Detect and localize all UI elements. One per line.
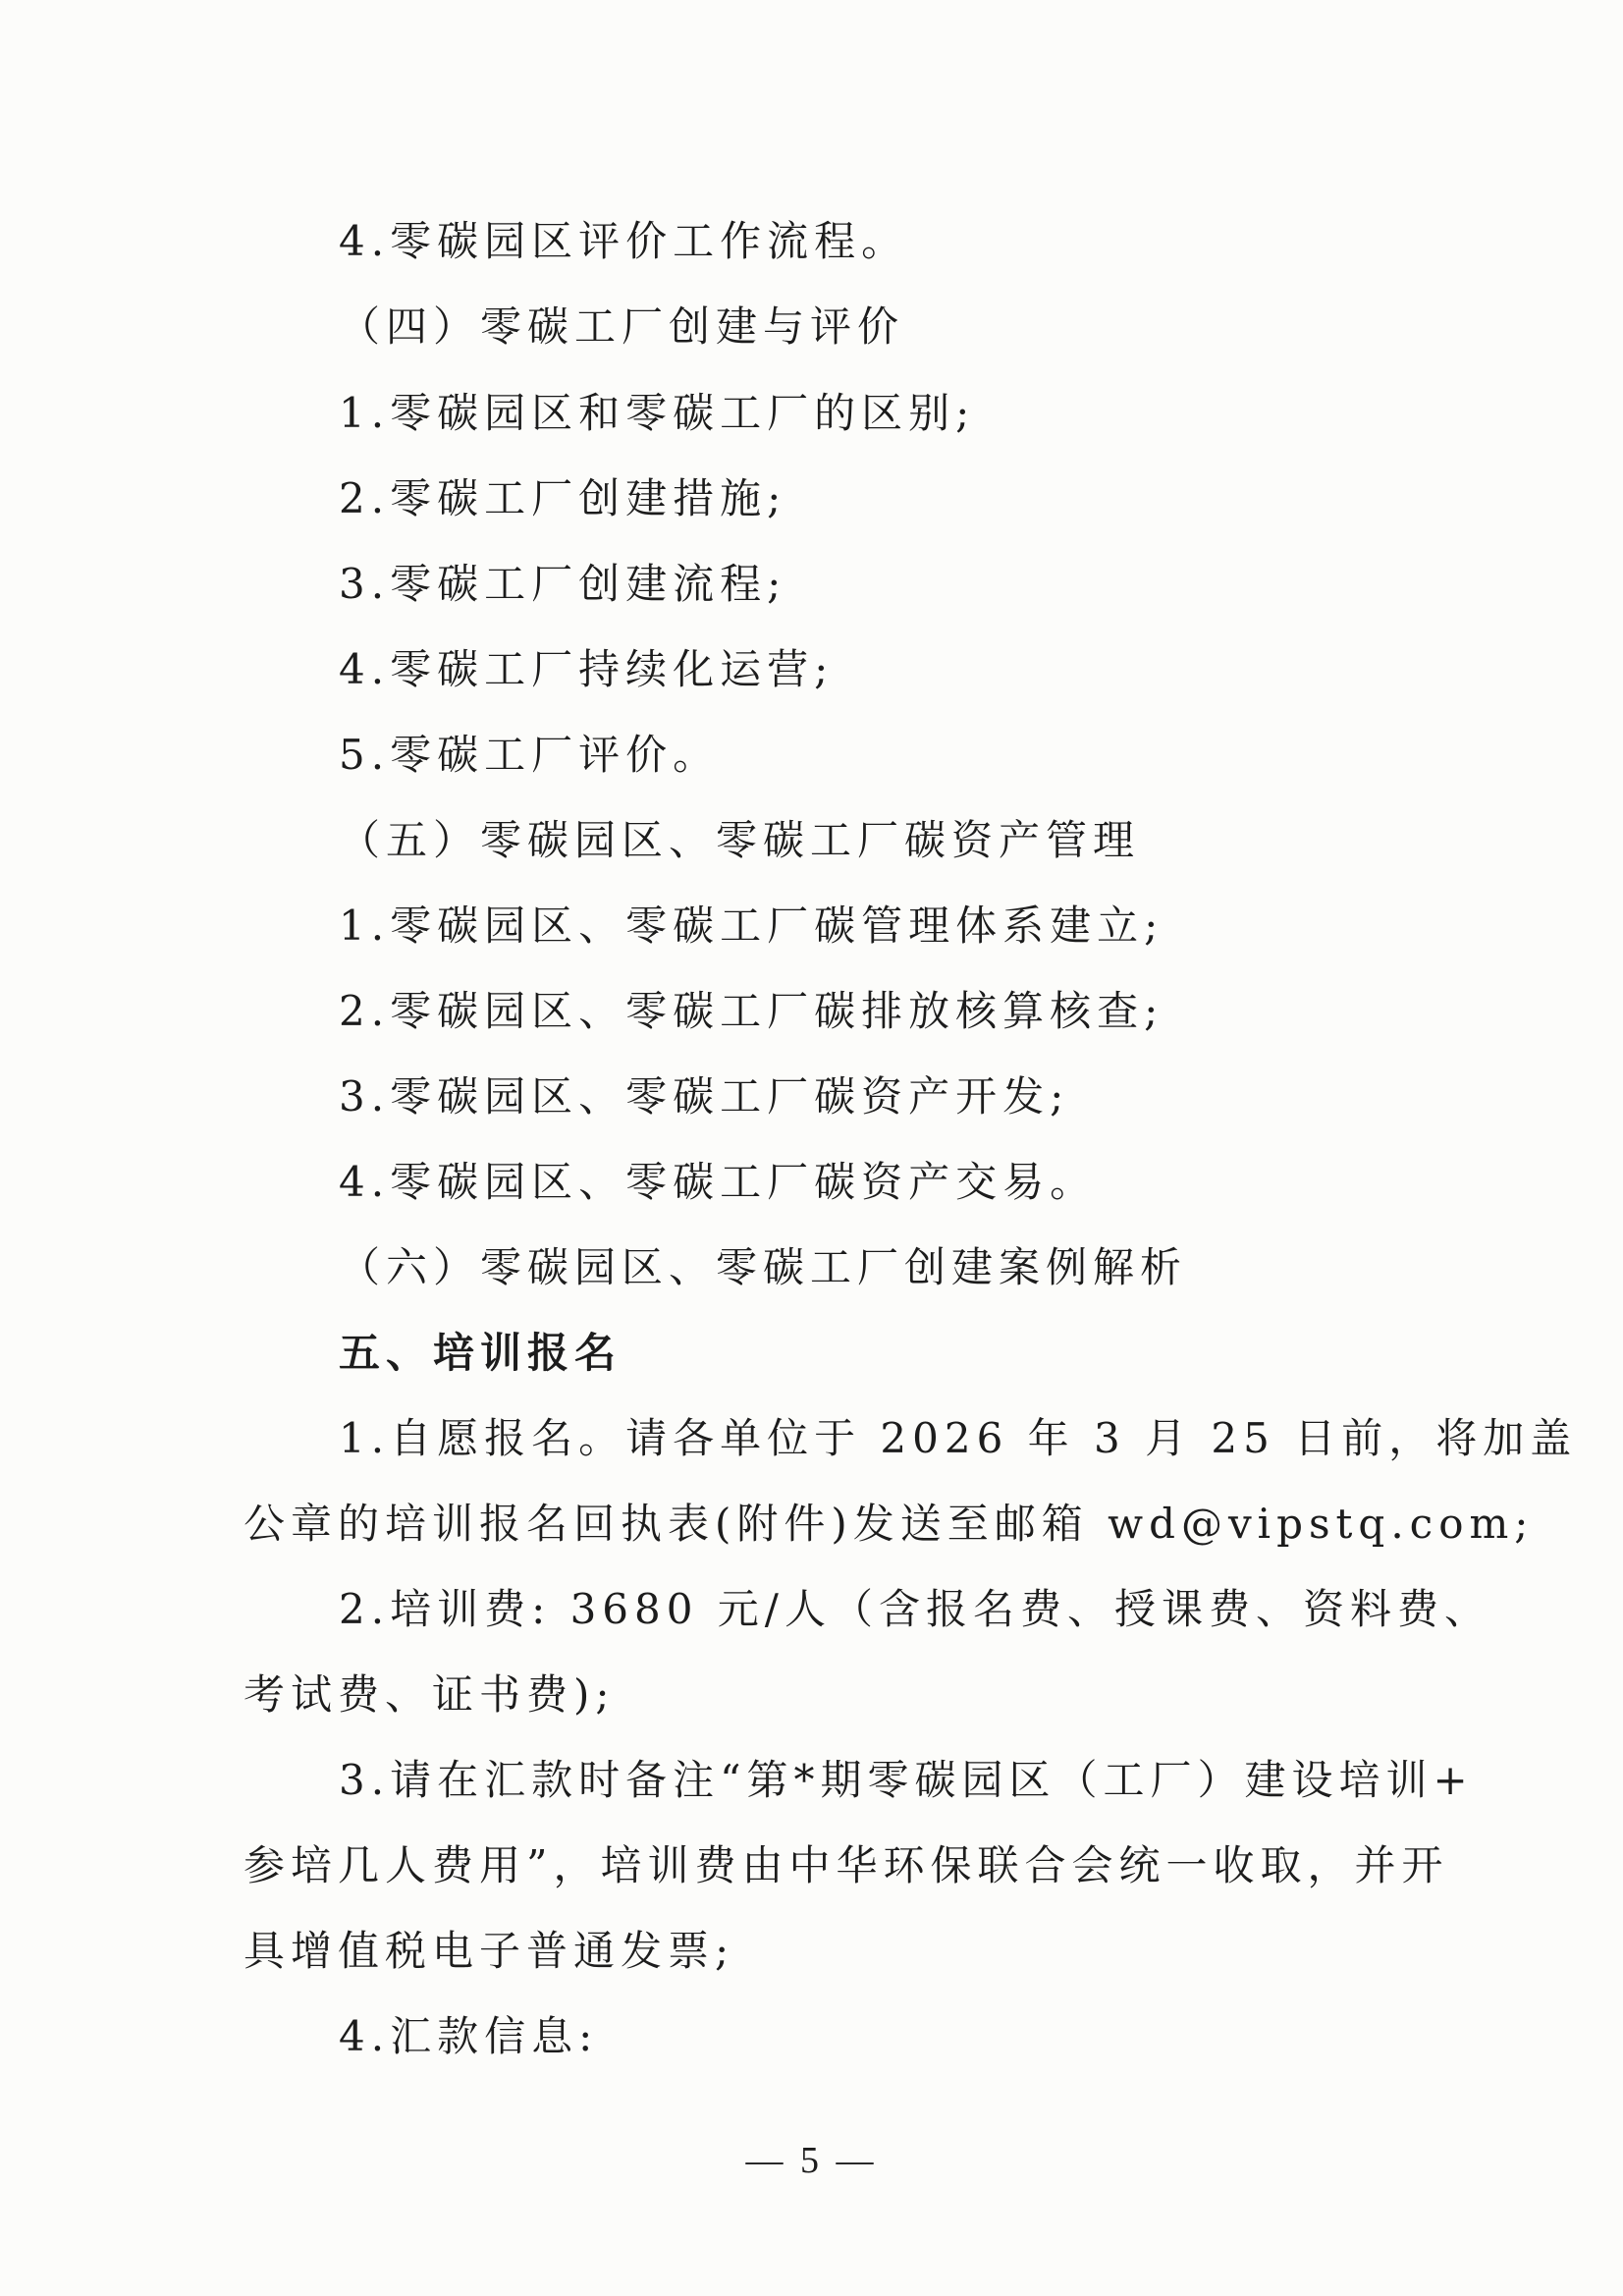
text-line: 4.零碳工厂持续化运营; [339,649,834,690]
registration-line: 1.自愿报名。请各单位于 2026 年 3 月 25 日前，将加盖 [339,1418,1577,1459]
registration-line: 参培几人费用”，培训费由中华环保联合会统一收取，并开 [243,1845,1448,1886]
text-line: 1.零碳园区和零碳工厂的区别; [339,393,975,434]
text-line: 1.零碳园区、零碳工厂碳管理体系建立; [339,905,1163,947]
text-line: 4.零碳园区评价工作流程。 [339,221,908,262]
registration-line: 2.培训费: 3680 元/人（含报名费、授课费、资料费、 [339,1589,1491,1630]
registration-line: 3.请在汇款时备注“第*期零碳园区（工厂）建设培训+ [339,1760,1474,1801]
text-line: 3.零碳园区、零碳工厂碳资产开发; [339,1076,1069,1118]
registration-line: 4.汇款信息: [339,2016,598,2057]
text-line: （五）零碳园区、零碳工厂碳资产管理 [339,820,1140,861]
text-line: 2.零碳园区、零碳工厂碳排放核算核查; [339,991,1163,1032]
text-line: 2.零碳工厂创建措施; [339,478,786,519]
text-line: 4.零碳园区、零碳工厂碳资产交易。 [339,1162,1097,1203]
text-line: （四）零碳工厂创建与评价 [339,306,904,348]
registration-line: 考试费、证书费); [243,1674,616,1716]
registration-line: 具增值税电子普通发票; [243,1931,734,1972]
page-number: — 5 — [0,2139,1623,2182]
text-line: 5.零碳工厂评价。 [339,735,720,776]
section-heading: 五、培训报名 [339,1333,622,1374]
text-line: （六）零碳园区、零碳工厂创建案例解析 [339,1247,1187,1288]
document-page: 4.零碳园区评价工作流程。（四）零碳工厂创建与评价1.零碳园区和零碳工厂的区别;… [0,0,1623,2296]
text-line: 3.零碳工厂创建流程; [339,564,786,605]
registration-line: 公章的培训报名回执表(附件)发送至邮箱 wd@vipstq.com; [243,1503,1534,1545]
